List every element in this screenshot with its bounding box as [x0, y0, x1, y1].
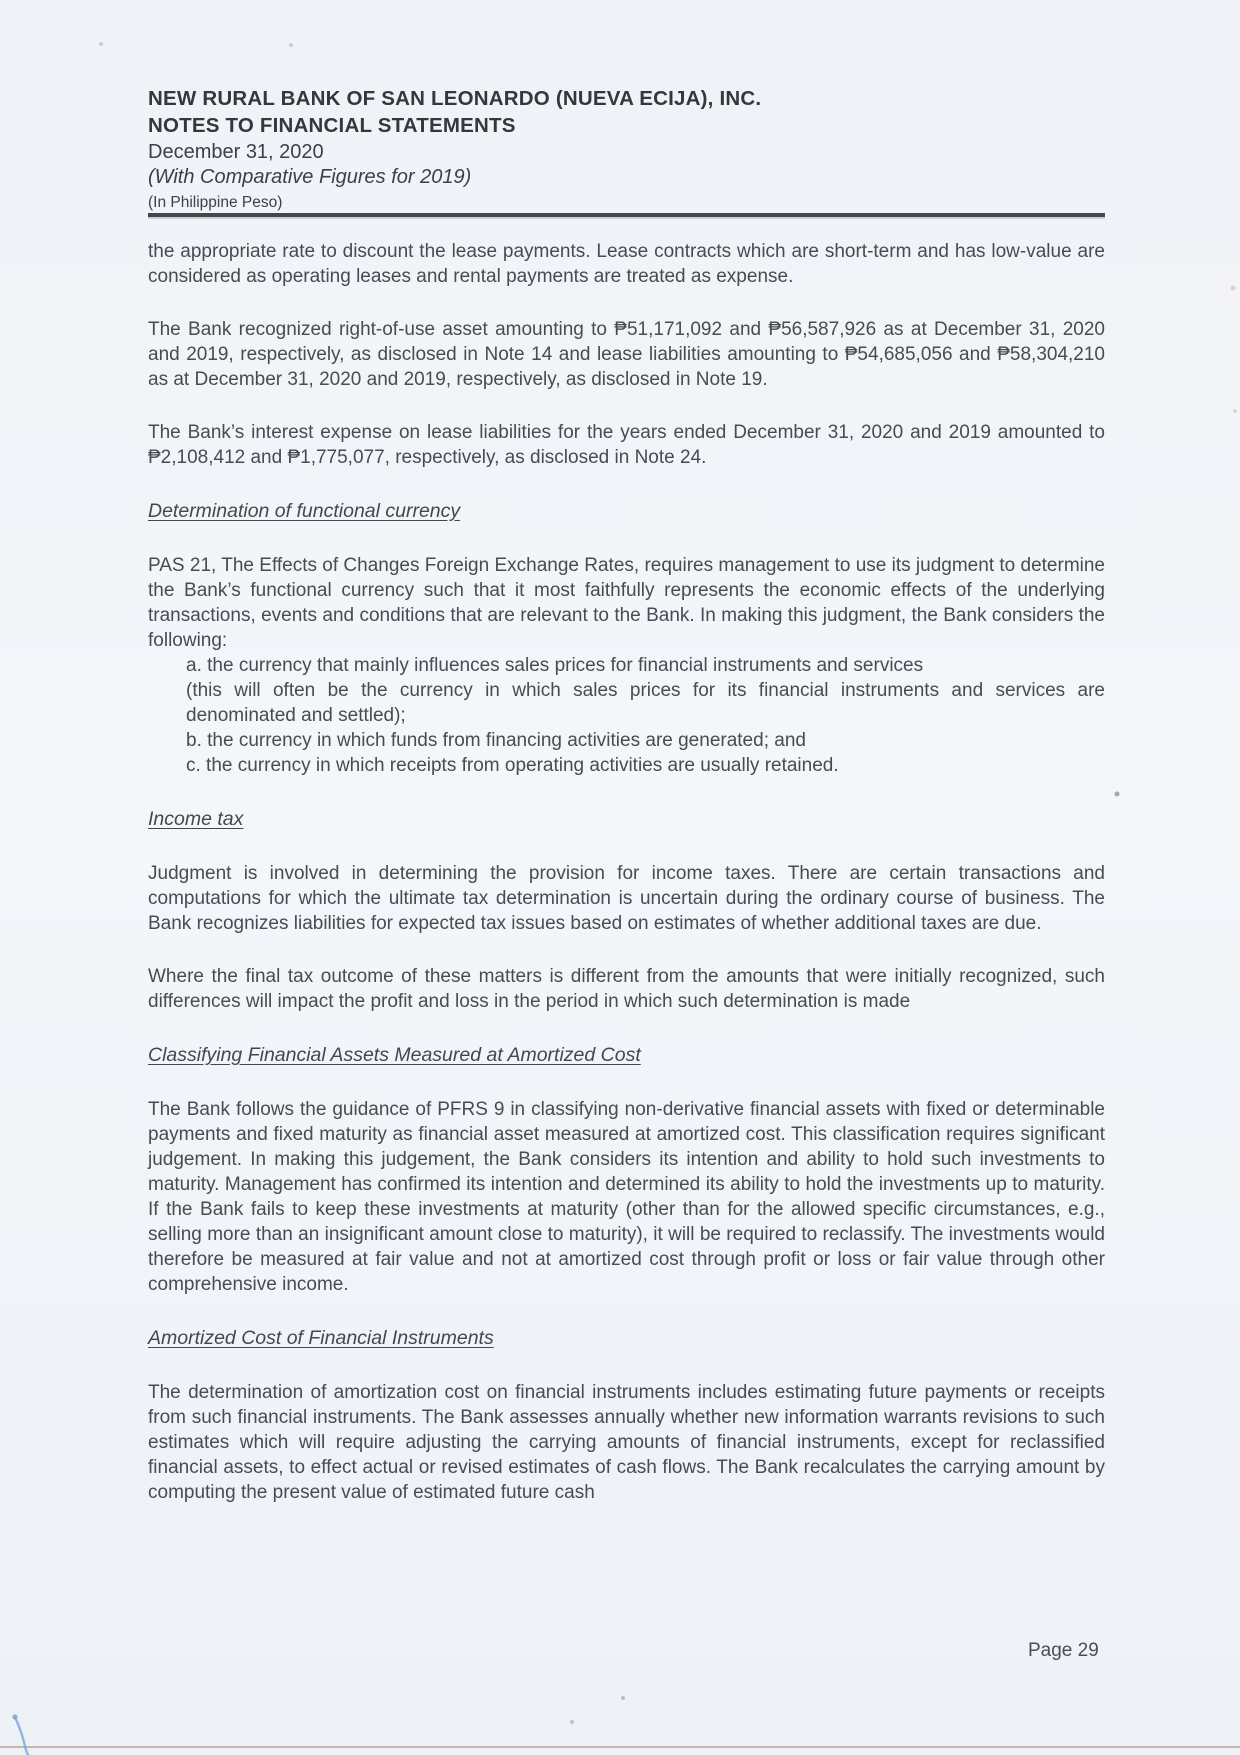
currency-note: (In Philippine Peso): [148, 193, 1105, 212]
page-number: Page 29: [1028, 1640, 1099, 1662]
pen-mark-artifact: [6, 1696, 50, 1755]
paragraph-pfrs9-classification: The Bank follows the guidance of PFRS 9 …: [148, 1097, 1105, 1297]
list-item-a: a. the currency that mainly influences s…: [186, 653, 1105, 678]
paragraph-pas21: PAS 21, The Effects of Changes Foreign E…: [148, 553, 1105, 653]
bank-name: NEW RURAL BANK OF SAN LEONARDO (NUEVA EC…: [148, 85, 1105, 112]
comparative-figures-note: (With Comparative Figures for 2019): [148, 165, 1105, 190]
paragraph-right-of-use-asset: The Bank recognized right-of-use asset a…: [148, 317, 1105, 392]
document-header: NEW RURAL BANK OF SAN LEONARDO (NUEVA EC…: [148, 85, 1105, 217]
scanned-document-page: NEW RURAL BANK OF SAN LEONARDO (NUEVA EC…: [0, 0, 1240, 1755]
document-title: NOTES TO FINANCIAL STATEMENTS: [148, 112, 1105, 139]
notes-body: the appropriate rate to discount the lea…: [148, 239, 1105, 1505]
header-rule: [148, 213, 1105, 217]
currency-considerations-list: a. the currency that mainly influences s…: [148, 653, 1105, 778]
paragraph-interest-expense: The Bank’s interest expense on lease lia…: [148, 420, 1105, 470]
paragraph-amortization-cost: The determination of amortization cost o…: [148, 1380, 1105, 1505]
scan-specks: [0, 0, 2, 2]
list-item-b: b. the currency in which funds from fina…: [186, 728, 1105, 753]
heading-classifying-financial-assets: Classifying Financial Assets Measured at…: [148, 1043, 1105, 1068]
list-item-c: c. the currency in which receipts from o…: [186, 753, 1105, 778]
paragraph-lease-rate: the appropriate rate to discount the lea…: [148, 239, 1105, 289]
heading-amortized-cost: Amortized Cost of Financial Instruments: [148, 1326, 1105, 1351]
paragraph-income-tax-judgment: Judgment is involved in determining the …: [148, 861, 1105, 936]
report-date: December 31, 2020: [148, 139, 1105, 165]
scan-edge-line: [0, 1746, 1240, 1748]
list-item-a-continuation: (this will often be the currency in whic…: [186, 678, 1105, 728]
paragraph-final-tax-outcome: Where the final tax outcome of these mat…: [148, 964, 1105, 1014]
heading-income-tax: Income tax: [148, 807, 1105, 832]
document-content: NEW RURAL BANK OF SAN LEONARDO (NUEVA EC…: [148, 85, 1105, 1505]
heading-determination-functional-currency: Determination of functional currency: [148, 499, 1105, 524]
